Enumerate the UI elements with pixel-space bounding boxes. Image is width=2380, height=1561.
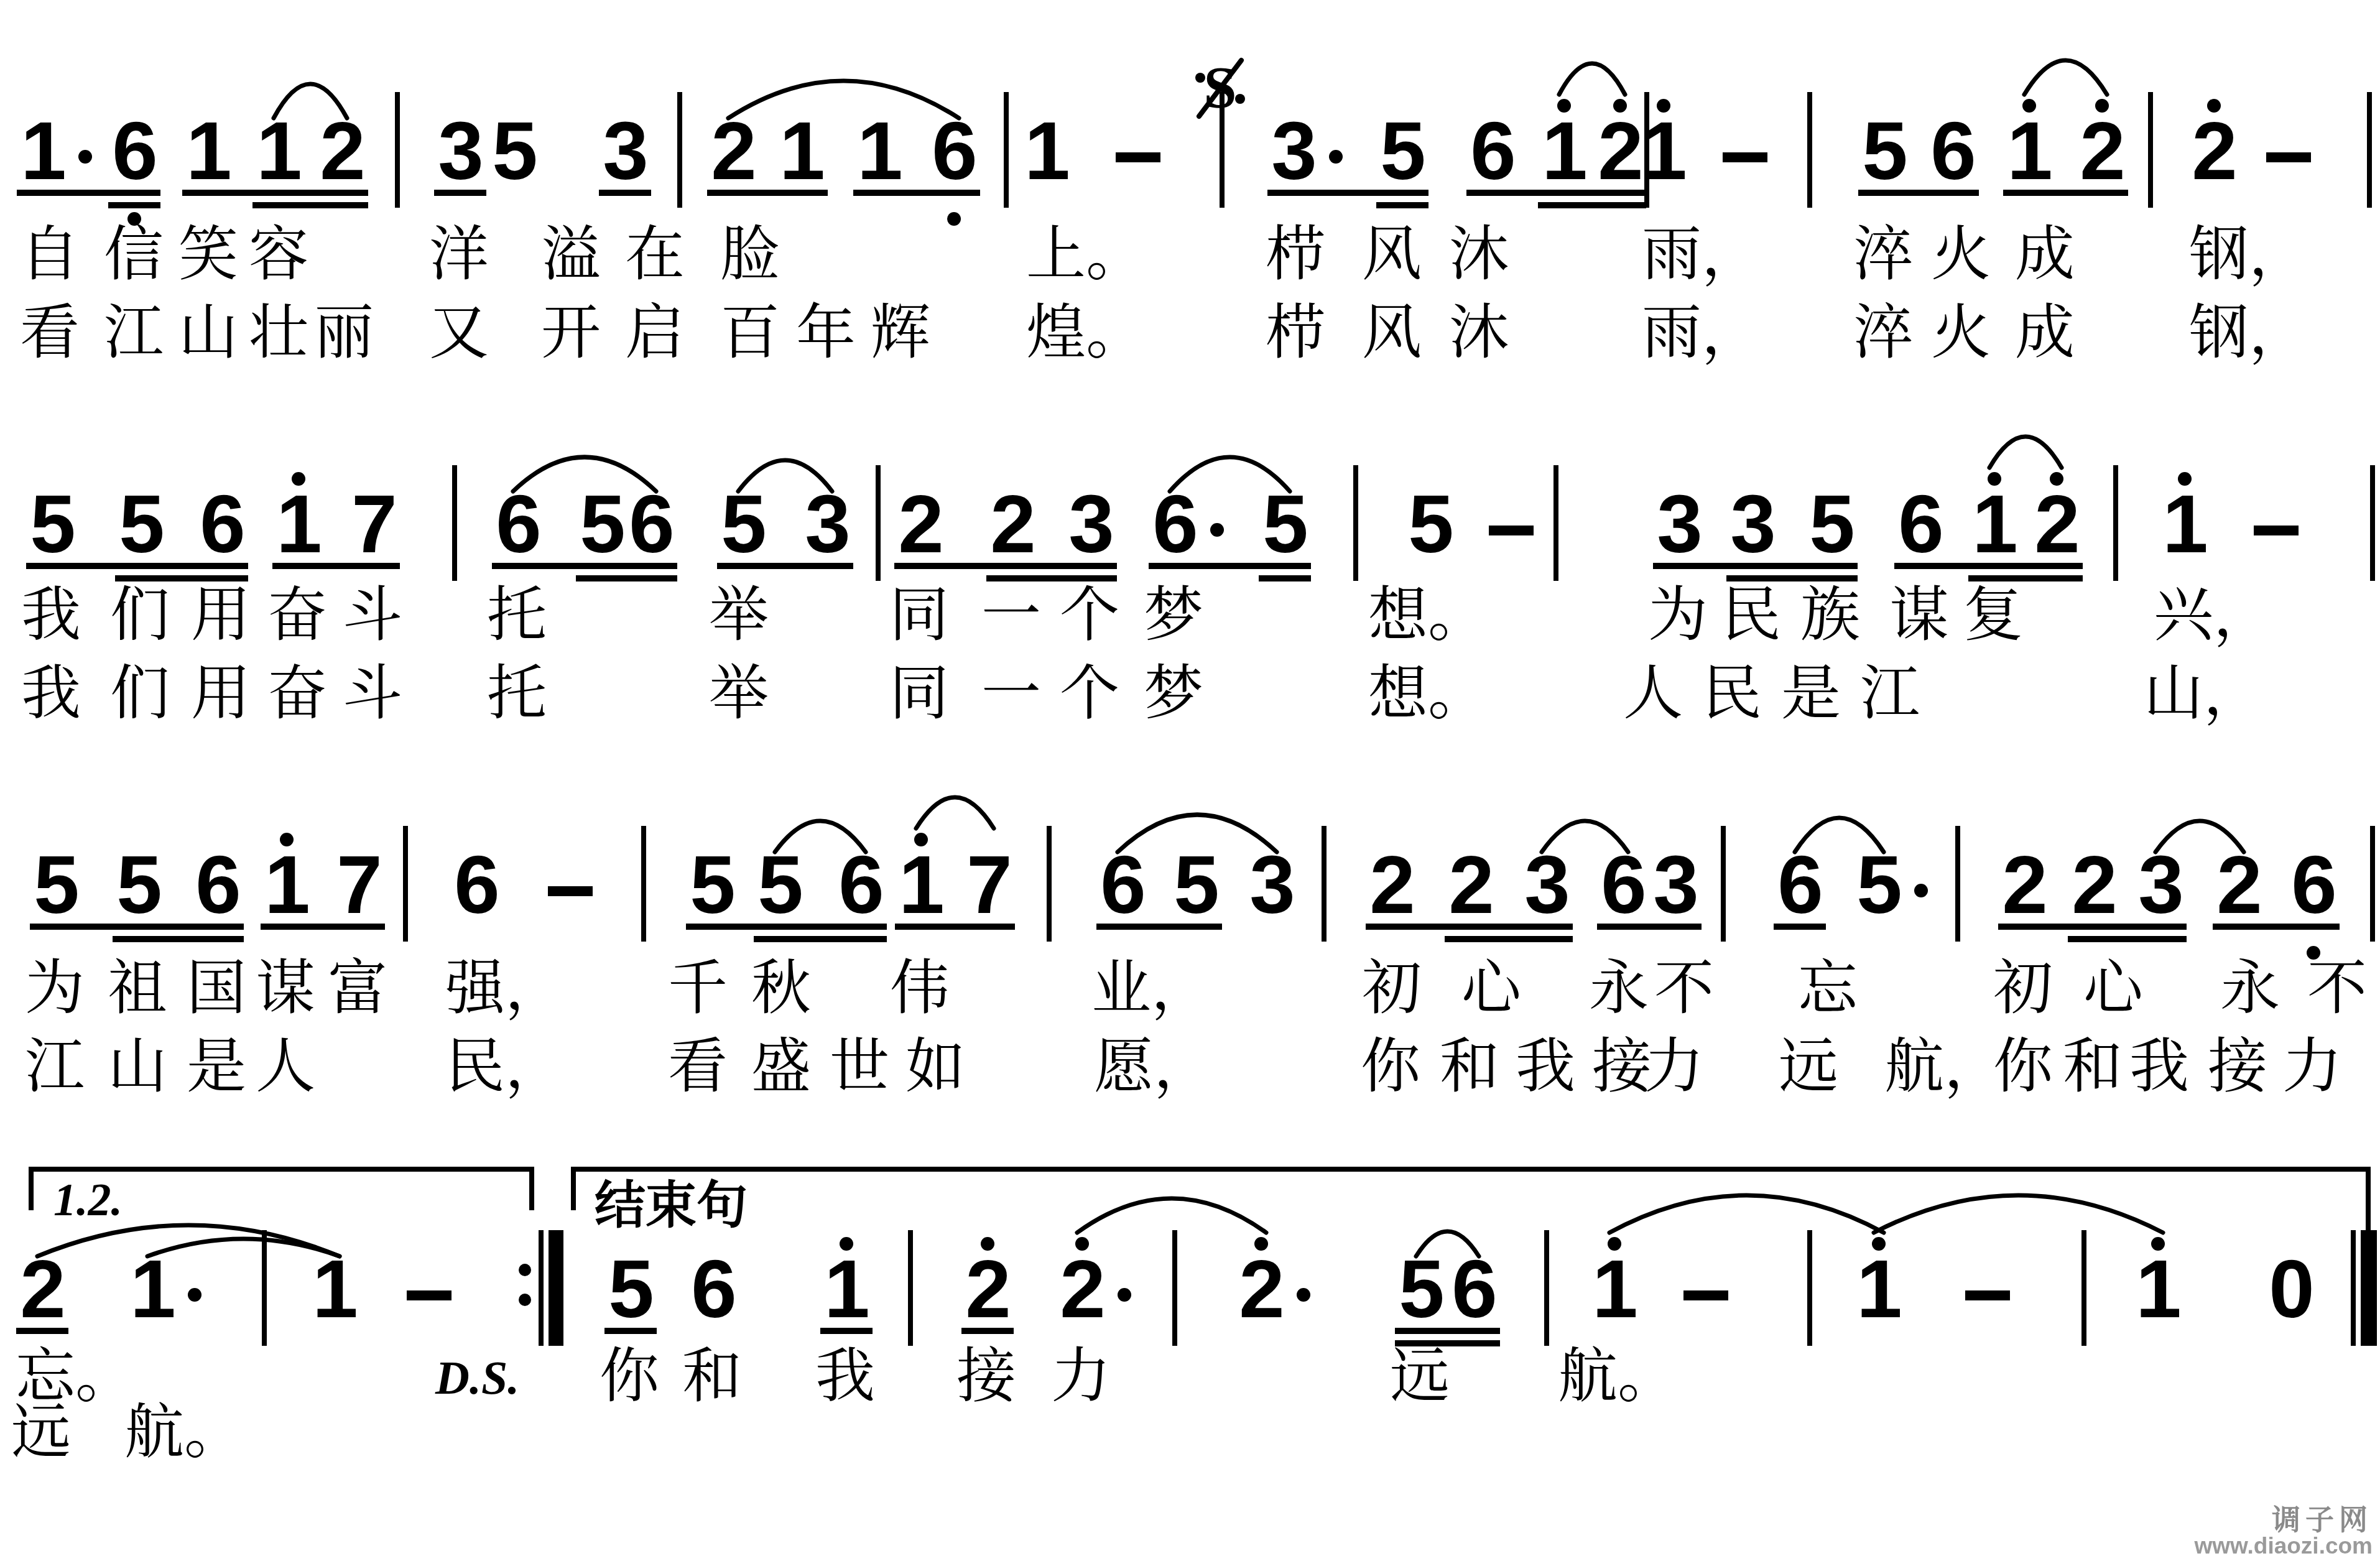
lyric-syllable-v1: 栉 — [1266, 223, 1325, 286]
note-digit: 6 — [1430, 1253, 1517, 1325]
note-digit: 1 — [1003, 115, 1090, 187]
note-digit: 3 — [1047, 488, 1134, 560]
beam-underline — [986, 575, 1117, 581]
lyric-syllable-v1: 们 — [110, 583, 170, 647]
slur-arc — [1609, 1195, 1884, 1233]
lyric-syllable-v1: 伟 — [890, 957, 950, 1020]
note-digit: 2 — [0, 1253, 86, 1325]
lyric-syllable-v1: 强， — [445, 957, 565, 1020]
barline — [1807, 1230, 1812, 1346]
lyric-syllable-v2: 江 — [25, 1035, 85, 1098]
lyric-syllable-v2: 斗 — [343, 662, 402, 725]
lyric-syllable-v1: 航。 — [1558, 1345, 1677, 1408]
note-digit: 5 — [1359, 115, 1446, 187]
lyric-syllable-v1: 个 — [1060, 583, 1119, 647]
barline — [1955, 826, 1960, 942]
lyric-syllable-v1: 为 — [1648, 583, 1708, 647]
note-digit: 6 — [178, 488, 266, 560]
note-digit: 2 — [2170, 115, 2257, 187]
lyric-syllable-v1: 用 — [191, 583, 251, 647]
note-digit: 3 — [2117, 849, 2204, 921]
lyric-syllable-v1: 你 — [600, 1345, 659, 1408]
note-digit: 1 — [291, 1253, 378, 1325]
note-digit: 5 — [9, 488, 96, 560]
lyric-syllable-v1: 容 — [249, 223, 308, 286]
beam-underline — [1376, 202, 1428, 208]
lyric-syllable-v2: 壮 — [249, 301, 308, 364]
lyric-syllable-v1: 笑 — [178, 223, 238, 286]
lyric-syllable-v2: 用 — [191, 662, 251, 725]
note-digit: 3 — [784, 488, 871, 560]
repeat-thin-bar — [539, 1230, 544, 1346]
beam-underline — [115, 575, 248, 581]
note-digit: 3 — [581, 115, 669, 187]
barline — [1322, 826, 1327, 942]
note-digit: 2 — [1427, 849, 1514, 921]
duration-dash — [407, 1290, 451, 1300]
lyric-syllable-v1: 托 — [487, 583, 547, 647]
lyric-syllable-v1: 永 — [2220, 957, 2280, 1020]
lyric-syllable-v2: 你 — [1361, 1035, 1420, 1098]
lyric-syllable-v1: 心 — [1461, 957, 1521, 1020]
lyric-syllable-v1: 秋 — [751, 957, 811, 1020]
beam-underline — [1259, 575, 1311, 581]
note-digit: 6 — [1909, 115, 1996, 187]
barline — [2148, 92, 2153, 208]
note-digit: 1 — [836, 115, 923, 187]
lyric-syllable-v2: 想。 — [1368, 662, 1488, 725]
note-digit: 2 — [2013, 488, 2100, 560]
lyric-syllable-v2: 如 — [905, 1035, 965, 1098]
note-digit: 1 — [2141, 488, 2228, 560]
lyric-syllable-v2: 航。 — [124, 1401, 244, 1464]
lyric-syllable-v2: 远 — [1779, 1035, 1838, 1098]
lyric-syllable-v2: 人 — [1623, 662, 1683, 725]
lyric-syllable-v1: 洋 — [429, 223, 489, 286]
note-digit: 2 — [2195, 849, 2282, 921]
note-digit: 1 — [758, 115, 845, 187]
rest-digit: 0 — [2248, 1253, 2335, 1325]
watermark-site-url: www.diaozi.com — [2195, 1534, 2373, 1559]
slur-arc — [1559, 63, 1625, 95]
duration-dash — [2254, 526, 2299, 535]
note-digit: 1 — [1571, 1253, 1658, 1325]
beam-underline — [1538, 202, 1646, 208]
note-digit: 6 — [670, 1253, 757, 1325]
lyric-syllable-v1: 和 — [682, 1345, 742, 1408]
lyric-syllable-v1: 上。 — [1026, 223, 1146, 286]
final-thin-bar — [2351, 1230, 2356, 1346]
lyric-syllable-v2: 江 — [104, 301, 164, 364]
lyric-syllable-v2: 成 — [2015, 301, 2075, 364]
lyric-syllable-v2: 接 — [1592, 1035, 1652, 1098]
lyric-syllable-v1: 溢 — [541, 223, 601, 286]
barline — [1544, 1230, 1549, 1346]
lyric-syllable-v1: 梦 — [1144, 583, 1203, 647]
note-digit: 3 — [1250, 115, 1337, 187]
duration-dash — [1723, 152, 1767, 162]
lyric-syllable-v1: 心 — [2083, 957, 2143, 1020]
beam-underline — [576, 575, 677, 581]
lyric-syllable-v2: 雨， — [1642, 301, 1761, 364]
barline — [677, 92, 682, 208]
barline — [452, 465, 457, 581]
beam-underline — [113, 936, 244, 942]
segno-icon: S — [1203, 54, 1236, 121]
lyric-syllable-v2: 风 — [1362, 301, 1422, 364]
lyric-syllable-v1: 族 — [1800, 583, 1860, 647]
note-digit: 6 — [475, 488, 562, 560]
duration-dash — [548, 886, 593, 896]
low-octave-dot — [947, 212, 961, 226]
lyric-syllable-v1: 沐 — [1449, 223, 1509, 286]
lyric-syllable-v2: 愿， — [1094, 1035, 1213, 1098]
duration-dash — [1683, 1290, 1728, 1300]
lyric-syllable-v2: 民 — [1702, 662, 1762, 725]
barline — [1047, 826, 1052, 942]
lyric-syllable-v2: 山 — [178, 301, 238, 364]
note-digit: 3 — [1228, 849, 1315, 921]
note-digit: 1 — [803, 1253, 890, 1325]
barline — [1353, 465, 1358, 581]
bracket-tick — [571, 1167, 576, 1210]
beam-underline — [2068, 936, 2187, 942]
note-digit: 5 — [12, 849, 100, 921]
note-digit: 7 — [315, 849, 402, 921]
bracket-tick — [2366, 1167, 2371, 1266]
lyric-syllable-v2: 你 — [1993, 1035, 2053, 1098]
lyric-syllable-v1: 远 — [1390, 1345, 1450, 1408]
slur-arc — [2024, 60, 2107, 95]
lyric-syllable-v2: 民， — [445, 1035, 565, 1098]
lyric-syllable-v2: 百 — [720, 301, 780, 364]
barline — [1807, 92, 1812, 208]
lyric-syllable-v1: 忘 — [1798, 957, 1858, 1020]
barline — [2367, 92, 2372, 208]
bracket-tick — [29, 1167, 34, 1210]
note-digit: 6 — [2270, 849, 2357, 921]
note-digit: 2 — [2058, 115, 2146, 187]
note-digit: 1 — [1620, 115, 1707, 187]
lyric-syllable-v2: 世 — [830, 1035, 889, 1098]
note-digit: 6 — [1756, 849, 1843, 921]
beam-underline — [1445, 936, 1573, 942]
lyric-syllable-v1: 初 — [1993, 957, 2053, 1020]
lyric-syllable-v2: 又 — [429, 301, 489, 364]
lyric-syllable-v2: 人 — [256, 1035, 315, 1098]
lyric-syllable-v1: 想。 — [1368, 583, 1488, 647]
note-digit: 1 — [255, 488, 342, 560]
lyric-syllable-v1: 永 — [1589, 957, 1649, 1020]
barline — [395, 92, 400, 208]
repeat-dot — [519, 1264, 531, 1276]
lyric-syllable-v1: 为 — [25, 957, 85, 1020]
note-digit: 5 — [1788, 488, 1875, 560]
segno-icon — [1235, 94, 1245, 104]
lyric-syllable-v1: 不 — [2307, 957, 2367, 1020]
lyric-syllable-v1: 我 — [21, 583, 81, 647]
lyric-syllable-v2: 辉 — [871, 301, 930, 364]
duration-dash — [1965, 1290, 2010, 1300]
lyric-syllable-v1: 火 — [1931, 223, 1991, 286]
note-digit: 6 — [1131, 488, 1218, 560]
lyric-syllable-v2: 我 — [21, 662, 81, 725]
lyric-syllable-v1: 脸 — [720, 223, 780, 286]
lyric-syllable-v1: 接 — [956, 1345, 1016, 1408]
lyric-syllable-v1: 奋 — [267, 583, 327, 647]
lyric-syllable-v2: 山 — [108, 1035, 167, 1098]
beam-underline — [252, 202, 368, 208]
repeat-dot — [519, 1294, 531, 1306]
barline — [1172, 1230, 1177, 1346]
note-digit: 5 — [736, 849, 823, 921]
note-digit: 5 — [700, 488, 787, 560]
lyric-syllable-v2: 一 — [981, 662, 1041, 725]
lyric-syllable-v1: 同 — [889, 583, 949, 647]
note-digit: 2 — [877, 488, 964, 560]
lyric-syllable-v2: 钢， — [2189, 301, 2308, 364]
lyric-syllable-v2: 我 — [2129, 1035, 2189, 1098]
lyric-syllable-v2: 是 — [1781, 662, 1841, 725]
lyric-syllable-v2: 们 — [110, 662, 170, 725]
lyric-syllable-v1: 斗 — [343, 583, 402, 647]
note-digit: 2 — [299, 115, 386, 187]
barline — [1553, 465, 1558, 581]
slur-arc — [728, 81, 959, 118]
lyric-syllable-v1: 国 — [187, 957, 246, 1020]
lyric-syllable-v2: 航， — [1884, 1035, 2004, 1098]
lyric-syllable-v1: 富 — [328, 957, 387, 1020]
dal-segno-label: D.S. — [435, 1352, 519, 1404]
watermark: 调子网 www.diaozi.com — [2195, 1504, 2373, 1559]
note-digit: 1 — [0, 115, 86, 187]
lyric-syllable-v1: 业， — [1091, 957, 1211, 1020]
lyric-syllable-v2: 煌。 — [1026, 301, 1146, 364]
lyric-syllable-v1: 民 — [1721, 583, 1781, 647]
beam-underline — [1968, 575, 2083, 581]
sheet-music-page: { "watermark": { "site_name": "调子网", "si… — [0, 0, 2380, 1561]
lyric-syllable-v1: 祖 — [108, 957, 167, 1020]
barline — [403, 826, 408, 942]
lyric-syllable-v1: 不 — [1654, 957, 1714, 1020]
note-digit: 5 — [1241, 488, 1328, 560]
note-digit: 7 — [945, 849, 1032, 921]
slur-arc — [1077, 1198, 1266, 1233]
lyric-syllable-v1: 举 — [709, 583, 769, 647]
note-digit: 2 — [944, 1253, 1031, 1325]
barline — [2113, 465, 2118, 581]
note-digit: 3 — [1503, 849, 1590, 921]
lyric-syllable-v2: 江 — [1860, 662, 1920, 725]
note-digit: 2 — [969, 488, 1056, 560]
lyric-syllable-v1: 谋 — [1889, 583, 1949, 647]
lyric-syllable-v1: 复 — [1963, 583, 2023, 647]
lyric-syllable-v1: 千 — [668, 957, 728, 1020]
lyric-syllable-v2: 个 — [1060, 662, 1119, 725]
note-digit: 6 — [608, 488, 695, 560]
note-digit: 7 — [330, 488, 417, 560]
lyric-syllable-v2: 接 — [2208, 1035, 2267, 1098]
lyric-syllable-v2: 年 — [796, 301, 856, 364]
lyric-syllable-v1: 自 — [20, 223, 80, 286]
barline — [262, 1230, 267, 1346]
lyric-syllable-v2: 山， — [2144, 662, 2263, 725]
lyric-syllable-v2: 和 — [2063, 1035, 2123, 1098]
note-digit: 1 — [109, 1253, 196, 1325]
barline — [2370, 826, 2375, 942]
lyric-syllable-v2: 沐 — [1449, 301, 1509, 364]
bracket-tick — [529, 1167, 534, 1210]
volta-label: 1.2. — [53, 1175, 123, 1225]
lyric-syllable-v2: 火 — [1931, 301, 1991, 364]
note-digit: 5 — [471, 115, 558, 187]
lyric-syllable-v2: 启 — [625, 301, 685, 364]
lyric-syllable-v1: 信 — [104, 223, 164, 286]
note-digit: 2 — [1218, 1253, 1305, 1325]
barline — [641, 826, 646, 942]
lyric-syllable-v1: 我 — [815, 1345, 875, 1408]
lyric-syllable-v2: 举 — [709, 662, 769, 725]
lyric-syllable-v1: 风 — [1362, 223, 1422, 286]
lyric-syllable-v1: 成 — [2015, 223, 2075, 286]
lyric-syllable-v2: 是 — [187, 1035, 246, 1098]
lyric-syllable-v2: 力 — [2282, 1035, 2342, 1098]
lyric-syllable-v2: 看 — [20, 301, 80, 364]
slur-arc — [1874, 1195, 2163, 1233]
lyric-syllable-v2: 我 — [1516, 1035, 1575, 1098]
lyric-syllable-v1: 雨， — [1642, 223, 1761, 286]
lyric-syllable-v1: 兴， — [2154, 583, 2273, 647]
lyric-syllable-v2: 盛 — [751, 1035, 811, 1098]
slur-arc — [1989, 437, 2062, 468]
beam-underline — [108, 202, 160, 208]
barline — [2081, 1230, 2086, 1346]
note-digit: 2 — [1348, 849, 1435, 921]
barline — [2370, 465, 2375, 581]
note-digit: 3 — [1632, 849, 1719, 921]
note-digit: 5 — [95, 849, 182, 921]
lyric-syllable-v1: 钢， — [2189, 223, 2308, 286]
ending-label: 结束句 — [595, 1178, 748, 1234]
segno-icon — [1195, 73, 1205, 83]
barline — [1721, 826, 1726, 942]
bracket-line — [29, 1167, 534, 1172]
lyric-syllable-v2: 栉 — [1266, 301, 1325, 364]
bracket-line — [571, 1167, 2371, 1172]
note-digit: 5 — [1152, 849, 1239, 921]
lyric-syllable-v2: 看 — [668, 1035, 728, 1098]
barline — [1220, 92, 1225, 208]
watermark-site-name: 调子网 — [2195, 1504, 2373, 1534]
barline — [908, 1230, 913, 1346]
lyric-syllable-v2: 丽 — [314, 301, 374, 364]
lyric-syllable-v1: 力 — [1051, 1345, 1111, 1408]
note-digit: 3 — [1709, 488, 1796, 560]
note-digit: 5 — [1835, 849, 1922, 921]
final-thick-bar — [2361, 1230, 2377, 1346]
beam-underline — [754, 936, 887, 942]
note-digit: 2 — [1039, 1253, 1126, 1325]
note-digit: 5 — [1387, 488, 1474, 560]
lyric-syllable-v1: 一 — [981, 583, 1041, 647]
lyric-syllable-v2: 梦 — [1144, 662, 1203, 725]
repeat-thick-bar — [549, 1230, 563, 1346]
lyric-syllable-v2: 力 — [1644, 1035, 1704, 1098]
duration-dash — [2266, 152, 2311, 162]
note-digit: 5 — [98, 488, 185, 560]
lyric-syllable-v1: 淬 — [1853, 223, 1913, 286]
note-digit: 6 — [910, 115, 998, 187]
duration-dash — [1489, 526, 1534, 535]
lyric-syllable-v2: 托 — [487, 662, 547, 725]
lyric-syllable-v2: 开 — [541, 301, 601, 364]
lyric-syllable-v2: 远 — [11, 1401, 71, 1464]
lyric-syllable-v2: 淬 — [1853, 301, 1913, 364]
note-digit: 5 — [587, 1253, 674, 1325]
beam-underline — [1726, 575, 1858, 581]
lyric-syllable-v2: 同 — [889, 662, 949, 725]
note-digit: 1 — [1835, 1253, 1922, 1325]
lyric-syllable-v2: 奋 — [267, 662, 327, 725]
lyric-syllable-v2: 和 — [1440, 1035, 1499, 1098]
score-canvas: S 调子网 www.diaozi.com 1611235321161356121… — [0, 0, 2380, 1561]
duration-dash — [1116, 152, 1160, 162]
note-digit: 6 — [433, 849, 520, 921]
segno-icon — [1199, 60, 1241, 116]
lyric-syllable-v1: 初 — [1362, 957, 1422, 1020]
note-digit: 1 — [2114, 1253, 2202, 1325]
lyric-syllable-v1: 谋 — [256, 957, 315, 1020]
lyric-syllable-v1: 在 — [625, 223, 685, 286]
slur-arc — [916, 797, 994, 828]
slur-arc — [37, 1225, 340, 1256]
